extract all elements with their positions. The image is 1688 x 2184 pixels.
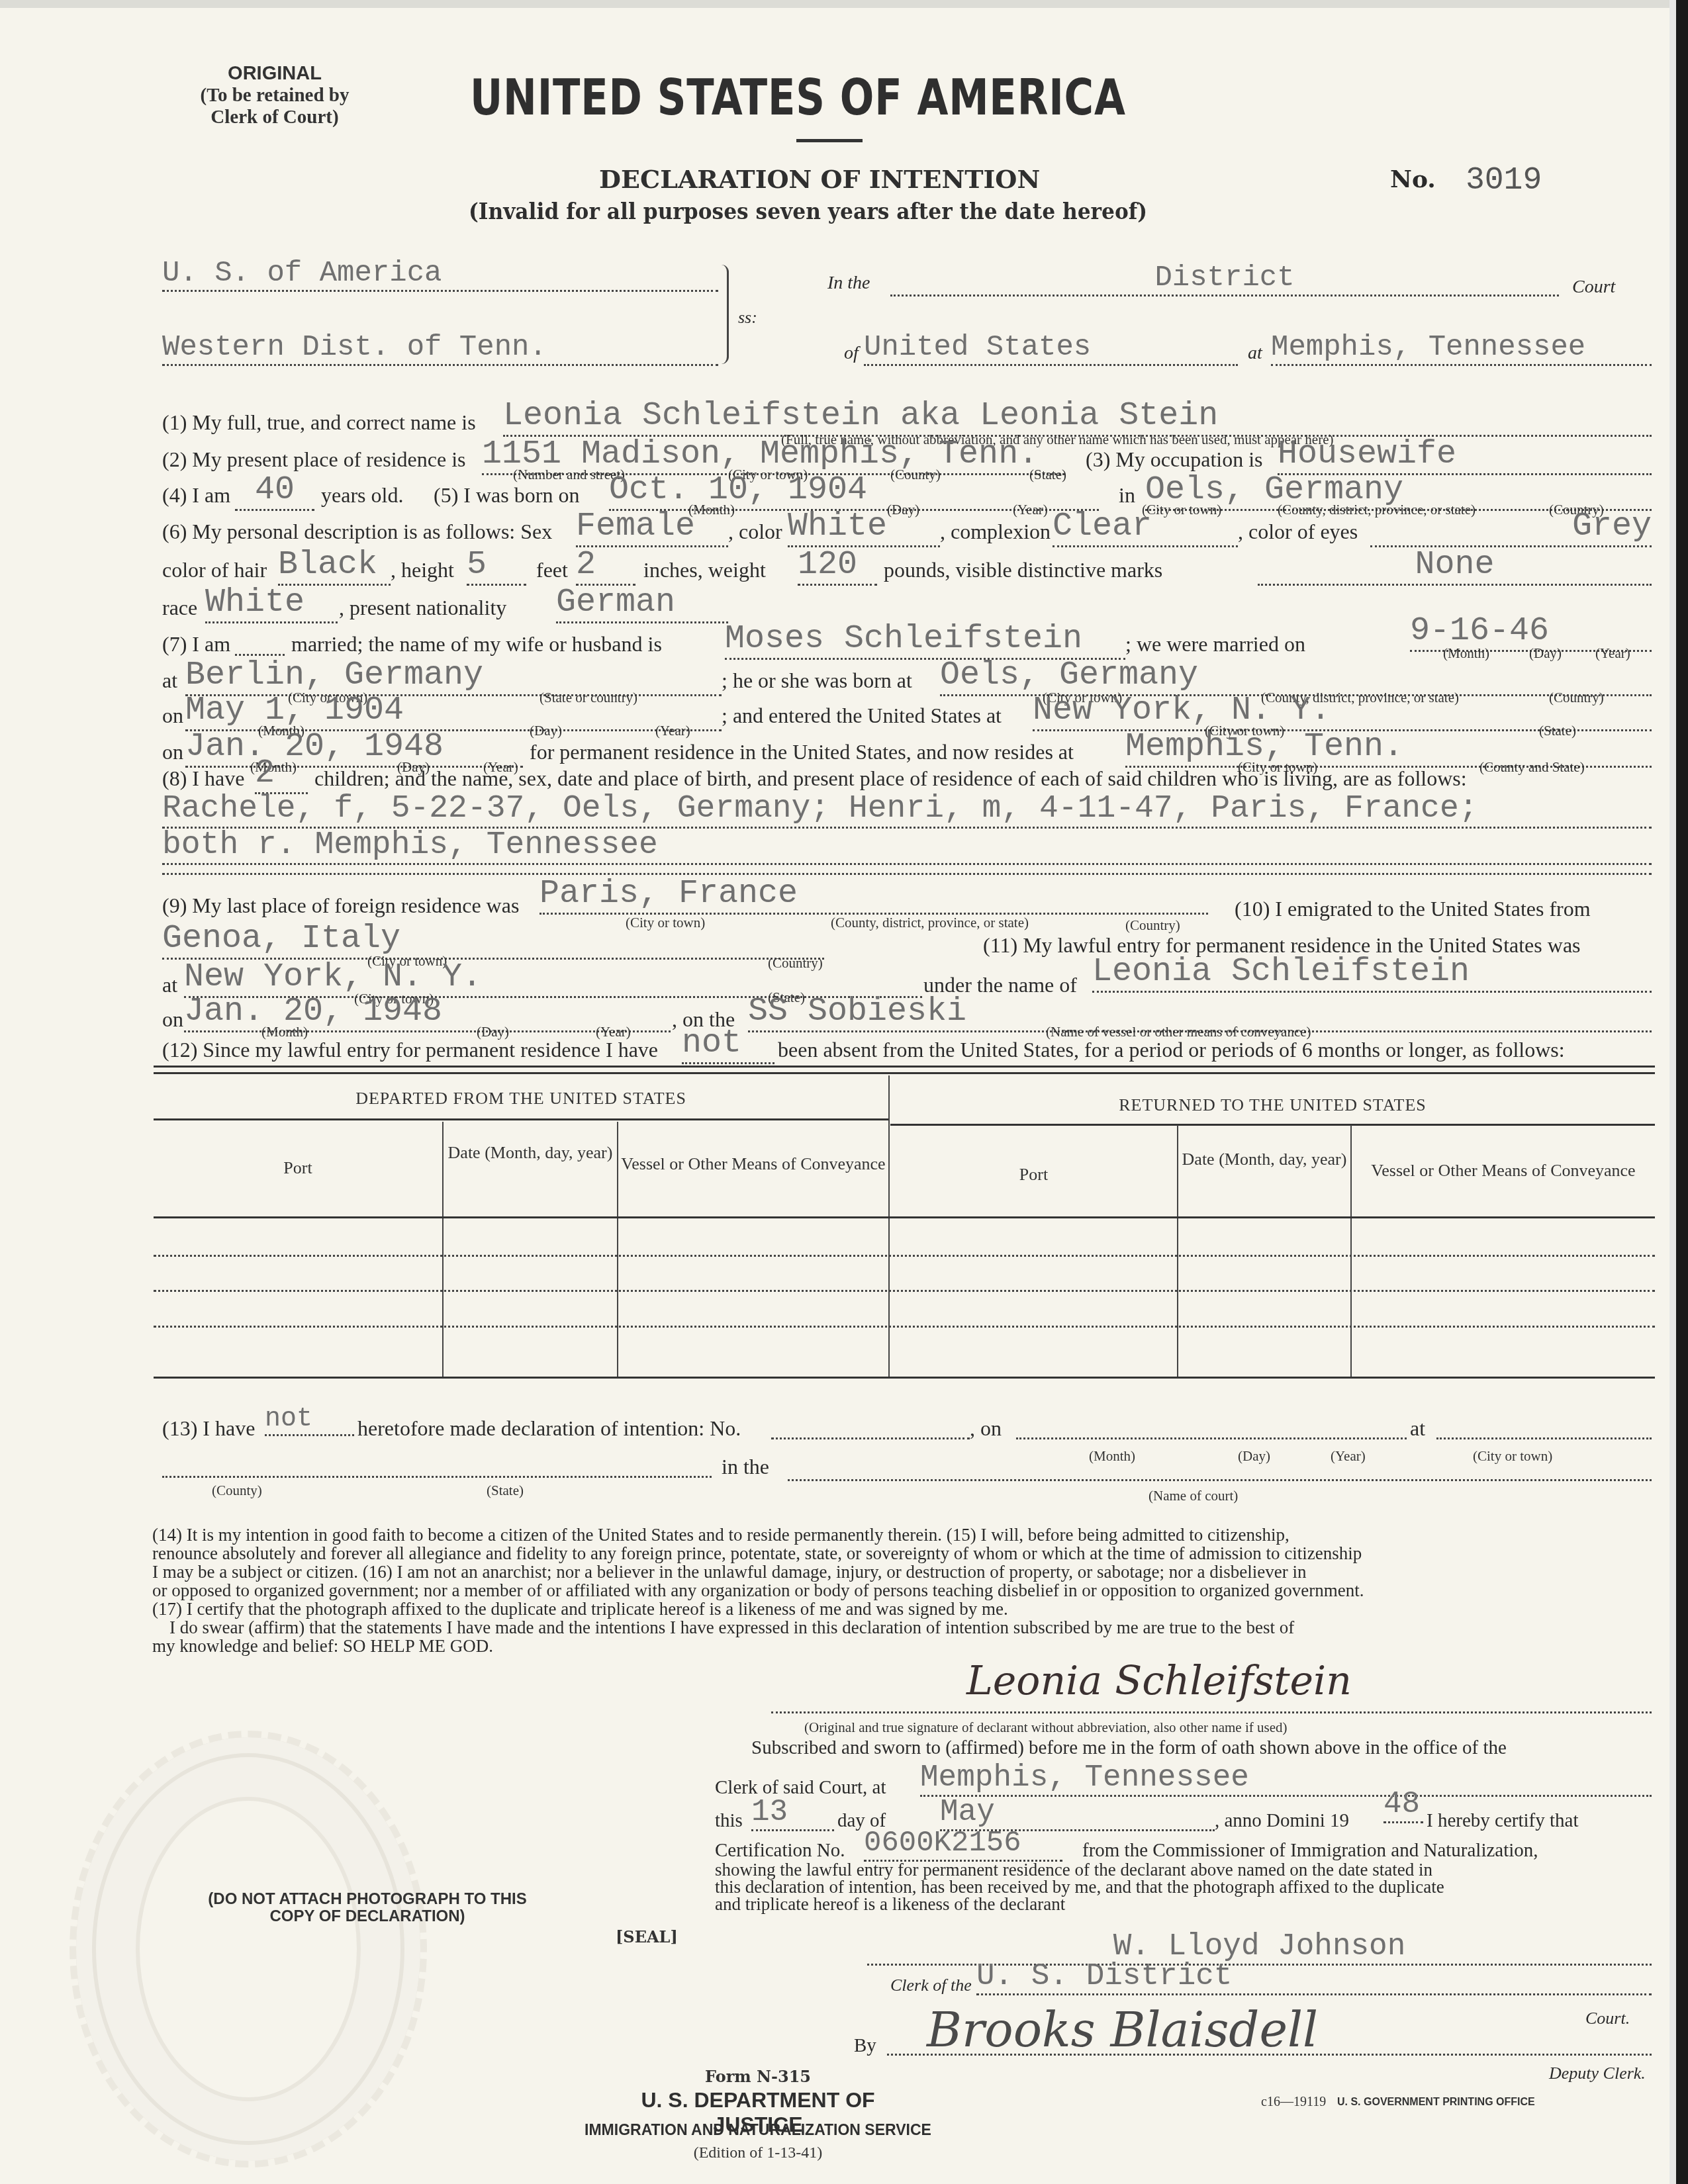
q10-label: (10) I emigrated to the United States fr… (1235, 897, 1591, 921)
hair-label: color of hair (162, 558, 267, 582)
height-label: , height (391, 558, 454, 582)
married-on-label: ; we were married on (1125, 632, 1305, 657)
hint-year: (Year) (1331, 1448, 1366, 1465)
full-name-field[interactable]: Leonia Schleifstein aka Leonia Stein (503, 397, 1652, 437)
q12-label-b: been absent from the United States, for … (778, 1038, 1565, 1062)
cert-line: and triplicate hereof is a likeness of t… (715, 1895, 1444, 1913)
age-field[interactable]: 40 (235, 471, 314, 511)
years-old-label: years old. (321, 483, 403, 508)
oath-line: I do swear (affirm) that the statements … (152, 1618, 1658, 1637)
entry-port-field[interactable]: New York, N. Y. (184, 958, 922, 998)
hair-color-field[interactable]: Black (278, 546, 391, 586)
hint-day: (Day) (530, 723, 562, 739)
children-line-1[interactable]: Rachele, f, 5-22-37, Oels, Germany; Henr… (162, 791, 1652, 829)
distinctive-marks-field[interactable]: None (1258, 546, 1652, 586)
spouse-entry-date-field[interactable]: Jan. 20, 1948 (185, 728, 523, 768)
month-field[interactable]: May (940, 1795, 1215, 1831)
entry-name-field[interactable]: Leonia Schleifstein (1092, 953, 1652, 993)
form-subtitle: DECLARATION OF INTENTION (599, 164, 1040, 194)
married-at-label: at (162, 668, 177, 693)
marks-label: pounds, visible distinctive marks (884, 558, 1162, 582)
table-row[interactable] (154, 1289, 1655, 1292)
prior-date-field[interactable] (1016, 1431, 1407, 1439)
spouse-entry-on-label: on (162, 740, 183, 764)
printer-name: U. S. GOVERNMENT PRINTING OFFICE (1337, 2097, 1535, 2109)
prior-declaration-field[interactable]: not (265, 1404, 354, 1436)
hint-day: (Day) (1238, 1448, 1270, 1465)
weight-field[interactable]: 120 (798, 546, 877, 586)
prior-court-field[interactable] (788, 1473, 1652, 1481)
jurat-line: Subscribed and sworn to (affirmed) befor… (751, 1737, 1507, 1759)
court-type: District (890, 261, 1559, 296)
children-count-field[interactable]: 2 (255, 754, 308, 794)
venue-state: U. S. of America (162, 257, 718, 292)
venue-brace (722, 265, 729, 364)
married-status-field[interactable] (235, 622, 285, 656)
returned-port-header: Port (890, 1165, 1177, 1185)
certification-label: Certification No. (715, 1840, 845, 1862)
deputy-signature: Brooks Blaisdell (927, 2002, 1318, 2058)
departed-header-rule (154, 1118, 888, 1120)
entry-on-label: on (162, 1007, 183, 1032)
spouse-entered-label: ; and entered the United States at (722, 704, 1002, 728)
departed-header: DEPARTED FROM THE UNITED STATES (154, 1089, 888, 1109)
seal-label: [SEAL] (616, 1927, 678, 1946)
table-top-rule (154, 1066, 1655, 1068)
height-inches-field[interactable]: 2 (576, 546, 635, 586)
inches-weight-label: inches, weight (643, 558, 766, 582)
q8-label: (8) I have (162, 766, 244, 791)
in-the-label: In the (827, 273, 870, 294)
q3-label: (3) My occupation is (1086, 447, 1263, 472)
print-code: c16—19119 (1261, 2095, 1326, 2110)
oath-paragraph: (14) It is my intention in good faith to… (152, 1525, 1658, 1655)
clerk-at-field[interactable]: Memphis, Tennessee (920, 1760, 1652, 1797)
venue-district: Western Dist. of Tenn. (162, 331, 718, 366)
at-label: at (1248, 343, 1262, 364)
complexion-label: , complexion (940, 520, 1051, 544)
prior-on-label: , on (970, 1416, 1002, 1441)
court-label: Court. (1585, 2009, 1630, 2028)
height-feet-field[interactable]: 5 (467, 546, 526, 586)
edition: (Edition of 1-13-41) (622, 2144, 894, 2162)
race-label: race (162, 596, 197, 620)
scanner-border (1676, 0, 1688, 2184)
oath-line: I may be a subject or citizen. (16) I am… (152, 1563, 1658, 1581)
q4-label: (4) I am (162, 483, 230, 508)
departed-port-header: Port (154, 1158, 442, 1178)
prior-declaration-number-field[interactable] (771, 1431, 970, 1439)
anno-domini-label: , anno Domini 19 (1215, 1810, 1349, 1832)
last-foreign-residence-field[interactable]: Paris, France (539, 875, 1208, 915)
hint-month: (Month) (1089, 1448, 1135, 1465)
service-name: IMMIGRATION AND NATURALIZATION SERVICE (583, 2121, 933, 2139)
marriage-place-field[interactable]: Berlin, Germany (185, 657, 722, 696)
q6-label: (6) My personal description is as follow… (162, 520, 552, 544)
returned-header-rule (890, 1124, 1655, 1126)
prior-city-field[interactable] (1436, 1431, 1652, 1439)
spouse-name-field[interactable]: Moses Schleifstein (725, 620, 1125, 660)
original-note: ORIGINAL (To be retained by Clerk of Cou… (189, 63, 361, 128)
feet-label: feet (536, 558, 568, 582)
table-center-divider (888, 1075, 890, 1377)
cert-text: from the Commissioner of Immigration and… (1082, 1840, 1538, 1862)
clerk-of-court-field[interactable]: U. S. District (976, 1959, 1652, 1995)
prior-in-the-label: in the (722, 1455, 769, 1479)
original-note-line1: (To be retained by (189, 85, 361, 107)
hint-county: (County) (212, 1482, 262, 1499)
signature-hint: (Original and true signature of declaran… (804, 1719, 1288, 1736)
hint-court-name: (Name of court) (1149, 1488, 1238, 1504)
photo-note-line2: COPY OF DECLARATION) (169, 1908, 566, 1925)
by-label: By (854, 2035, 876, 2057)
spouse-on-label: on (162, 704, 183, 728)
occupation-field[interactable]: Housewife (1278, 435, 1652, 475)
prior-county-state-field[interactable] (162, 1469, 712, 1478)
of-label: of (844, 343, 859, 364)
original-label: ORIGINAL (189, 63, 361, 85)
spouse-resides-label: for permanent residence in the United St… (530, 740, 1074, 764)
spouse-born-label: ; he or she was born at (722, 668, 912, 693)
court-location: Memphis, Tennessee (1271, 331, 1652, 366)
table-column-header-rule (154, 1216, 1655, 1218)
hint-year: (Year) (1013, 502, 1048, 518)
table-top-rule-2 (154, 1072, 1655, 1074)
court-of: United States (864, 331, 1238, 366)
q7-label: (7) I am (162, 632, 230, 657)
complexion-field[interactable]: Clear (1053, 508, 1238, 547)
oath-line: or opposed to organized government; nor … (152, 1581, 1658, 1600)
table-row[interactable] (154, 1254, 1655, 1257)
eyes-label: , color of eyes (1238, 520, 1358, 544)
spouse-label: married; the name of my wife or husband … (291, 632, 662, 657)
page-top-edge (0, 0, 1669, 8)
document-title: UNITED STATES OF AMERICA (470, 69, 1126, 126)
returned-date-header: Date (Month, day, year) (1178, 1150, 1350, 1169)
color-field[interactable]: White (788, 508, 940, 547)
q1-label: (1) My full, true, and correct name is (162, 410, 476, 435)
q12-label: (12) Since my lawful entry for permanent… (162, 1038, 658, 1062)
departed-date-header: Date (Month, day, year) (444, 1144, 617, 1162)
prior-at-label: at (1410, 1416, 1425, 1441)
hint-country: (Country) (1125, 917, 1180, 934)
departed-vessel-header: Vessel or Other Means of Conveyance (618, 1155, 888, 1173)
declarant-signature: Leonia Schleifstein (966, 1658, 1352, 1704)
nationality-label: , present nationality (339, 596, 506, 620)
day-field[interactable]: 13 (751, 1795, 834, 1831)
table-row[interactable] (154, 1325, 1655, 1328)
form-number: Form N-315 (622, 2067, 894, 2086)
original-note-line2: Clerk of Court) (189, 107, 361, 128)
declaration-number: 3019 (1466, 163, 1542, 199)
photo-note-line1: (DO NOT ATTACH PHOTOGRAPH TO THIS (169, 1891, 566, 1908)
title-rule (796, 139, 863, 142)
hint-year: (Year) (655, 723, 690, 739)
eye-color-field[interactable]: Grey (1370, 508, 1652, 547)
this-label: this (715, 1810, 743, 1832)
photo-note: (DO NOT ATTACH PHOTOGRAPH TO THIS COPY O… (169, 1891, 566, 1925)
nationality-field[interactable]: German (556, 584, 728, 623)
certify-label: I hereby certify that (1427, 1810, 1578, 1832)
returned-vessel-header: Vessel or Other Means of Conveyance (1352, 1161, 1655, 1180)
year-field[interactable]: 48 (1383, 1787, 1423, 1823)
ss-label: ss: (738, 308, 757, 328)
embossed-court-seal (70, 1731, 427, 2167)
oath-line: renounce absolutely and forever all alle… (152, 1544, 1658, 1563)
q13-label: (13) I have (162, 1416, 255, 1441)
certification-number-field[interactable]: 0600K2156 (864, 1827, 1062, 1862)
clerk-of-label: Clerk of the (890, 1976, 972, 1995)
hint-county-state: (County and State) (1479, 759, 1585, 776)
q9-label: (9) My last place of foreign residence w… (162, 893, 519, 918)
table-bottom-rule (154, 1377, 1655, 1379)
signature-line[interactable] (771, 1711, 1652, 1713)
hint-number-street: (Number and street) (513, 467, 625, 483)
q5-label: (5) I was born on (434, 483, 579, 508)
oath-line: (17) I certify that the photograph affix… (152, 1600, 1658, 1618)
hint-city: (City or town) (1473, 1448, 1552, 1465)
oath-line: my knowledge and belief: SO HELP ME GOD. (152, 1637, 1658, 1655)
oath-line: (14) It is my intention in good faith to… (152, 1525, 1658, 1544)
cert-line: this declaration of intention, has been … (715, 1878, 1444, 1895)
number-label: No. (1390, 165, 1436, 193)
validity-note: (Invalid for all purposes seven years af… (469, 199, 1147, 225)
cert-paragraph: showing the lawful entry for permanent r… (715, 1861, 1444, 1913)
children-label: children; and the name, sex, date and pl… (314, 766, 1467, 791)
q13-label-b: heretofore made declaration of intention… (357, 1416, 741, 1441)
cert-line: showing the lawful entry for permanent r… (715, 1861, 1444, 1878)
absence-field[interactable]: not (682, 1024, 774, 1064)
page-right-edge (1669, 0, 1676, 2184)
deputy-clerk-label: Deputy Clerk. (1549, 2064, 1646, 2083)
court-label: Court (1572, 277, 1615, 298)
children-line-2[interactable]: both r. Memphis, Tennessee (162, 827, 1652, 865)
emigrated-from-field[interactable]: Genoa, Italy (162, 920, 824, 960)
hint-state: (State) (487, 1482, 524, 1499)
sex-field[interactable]: Female (576, 508, 728, 547)
born-in-label: in (1119, 483, 1135, 508)
race-field[interactable]: White (205, 584, 338, 623)
entry-at-label: at (162, 973, 177, 997)
returned-header: RETURNED TO THE UNITED STATES (890, 1095, 1655, 1115)
color-label: , color (728, 520, 782, 544)
hint-county-district: (County, district, province, or state) (831, 915, 1029, 931)
q2-label: (2) My present place of residence is (162, 447, 465, 472)
